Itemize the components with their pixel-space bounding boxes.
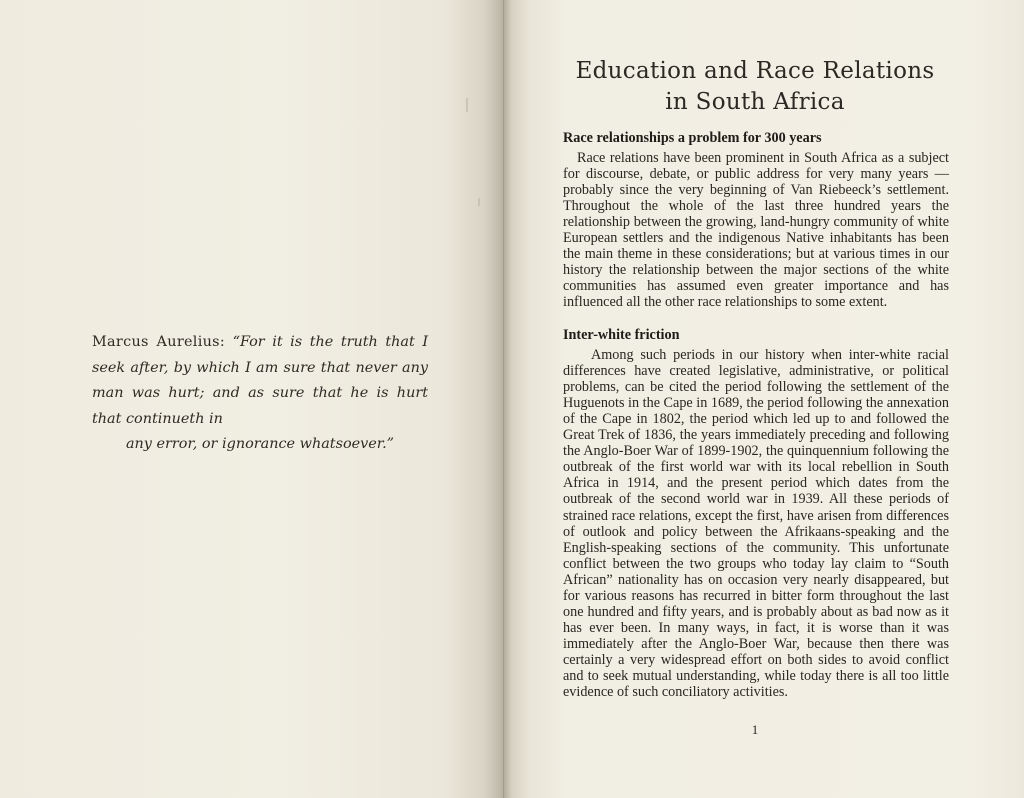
chapter-title-line-2: in South Africa [665, 89, 844, 115]
section-paragraph: Race relations have been prominent in So… [563, 150, 949, 310]
book-spread: Marcus Aurelius: “For it is the truth th… [0, 0, 1024, 798]
section-race-relationships: Race relationships a problem for 300 yea… [563, 130, 949, 311]
section-paragraph: Among such periods in our history when i… [563, 347, 949, 700]
epigraph-quote-last-line: any error, or ignorance whatsoever.” [92, 432, 428, 458]
left-page: Marcus Aurelius: “For it is the truth th… [0, 0, 504, 798]
epigraph-author: Marcus Aurelius: [92, 334, 225, 350]
section-inter-white-friction: Inter-white friction Among such periods … [563, 327, 949, 700]
section-heading: Inter-white friction [563, 327, 949, 343]
epigraph: Marcus Aurelius: “For it is the truth th… [92, 330, 428, 458]
chapter-title: Education and Race Relations in South Af… [555, 56, 955, 118]
paper-fleck [466, 98, 468, 112]
page-number: 1 [748, 722, 762, 738]
paper-fleck [478, 198, 480, 206]
section-heading: Race relationships a problem for 300 yea… [563, 130, 949, 146]
chapter-title-line-1: Education and Race Relations [576, 58, 935, 84]
